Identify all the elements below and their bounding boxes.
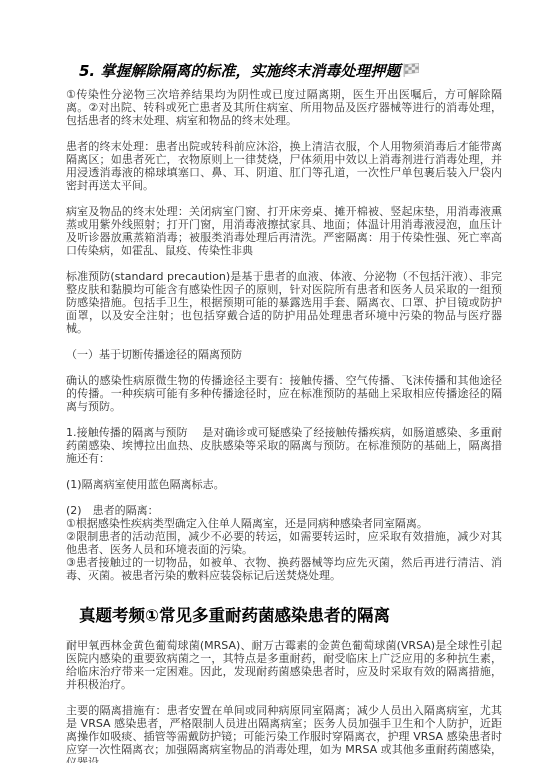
page-title: 5. 掌握解除隔离的标准，实施终末消毒处理押题	[66, 63, 502, 80]
document-page: 5. 掌握解除隔离的标准，实施终末消毒处理押题	[0, 0, 540, 763]
paragraph-release-criteria: ①传染性分泌物三次培养结果均为阴性或已度过隔离期，医生开出医嘱后，方可解除隔离。…	[66, 88, 502, 127]
document-content: 5. 掌握解除隔离的标准，实施终末消毒处理押题	[66, 63, 502, 763]
paragraph-main-isolation-measures: 主要的隔离措施有：患者安置在单间或同种病原同室隔离；减少人员出入隔离病室，尤其是…	[66, 704, 502, 763]
paragraph-blue-isolation-sign: (1)隔离病室使用蓝色隔离标志。	[66, 478, 502, 491]
page-title-text: 5. 掌握解除隔离的标准，实施终末消毒处理押题	[79, 62, 400, 80]
paragraph-room-items-terminal-care: 病室及物品的终末处理：关闭病室门窗、打开床旁桌、摊开棉被、竖起床垫，用消毒液熏蒸…	[66, 205, 502, 257]
checkered-flag-icon	[403, 63, 420, 77]
section-heading-exam-topic: 真题考频①常见多重耐药菌感染患者的隔离	[66, 606, 502, 625]
paragraph-standard-precaution: 标准预防(standard precaution)是基于患者的血液、体液、分泌物…	[66, 270, 502, 335]
paragraph-patient-isolation-list: (2) 患者的隔离： ①根据感染性疾病类型确定入住单人隔离室，还是同病种感染者同…	[66, 504, 502, 582]
paragraph-patient-terminal-care: 患者的终末处理：患者出院或转科前应沐浴，换上清洁衣服，个人用物须消毒后才能带离隔…	[66, 140, 502, 192]
paragraph-transmission-routes: 确认的感染性病原微生物的传播途径主要有：接触传播、空气传播、飞沫传播和其他途径的…	[66, 374, 502, 413]
subheading-transmission-isolation: （一）基于切断传播途径的隔离预防	[66, 348, 502, 361]
paragraph-contact-transmission: 1.接触传播的隔离与预防 是对确诊或可疑感染了经接触传播疾病，如肠道感染、多重耐…	[66, 426, 502, 465]
paragraph-mrsa-vrsa-intro: 耐甲氧西林金黄色葡萄球菌(MRSA)、耐万古霉素的金黄色葡萄球菌(VRSA)是全…	[66, 639, 502, 691]
